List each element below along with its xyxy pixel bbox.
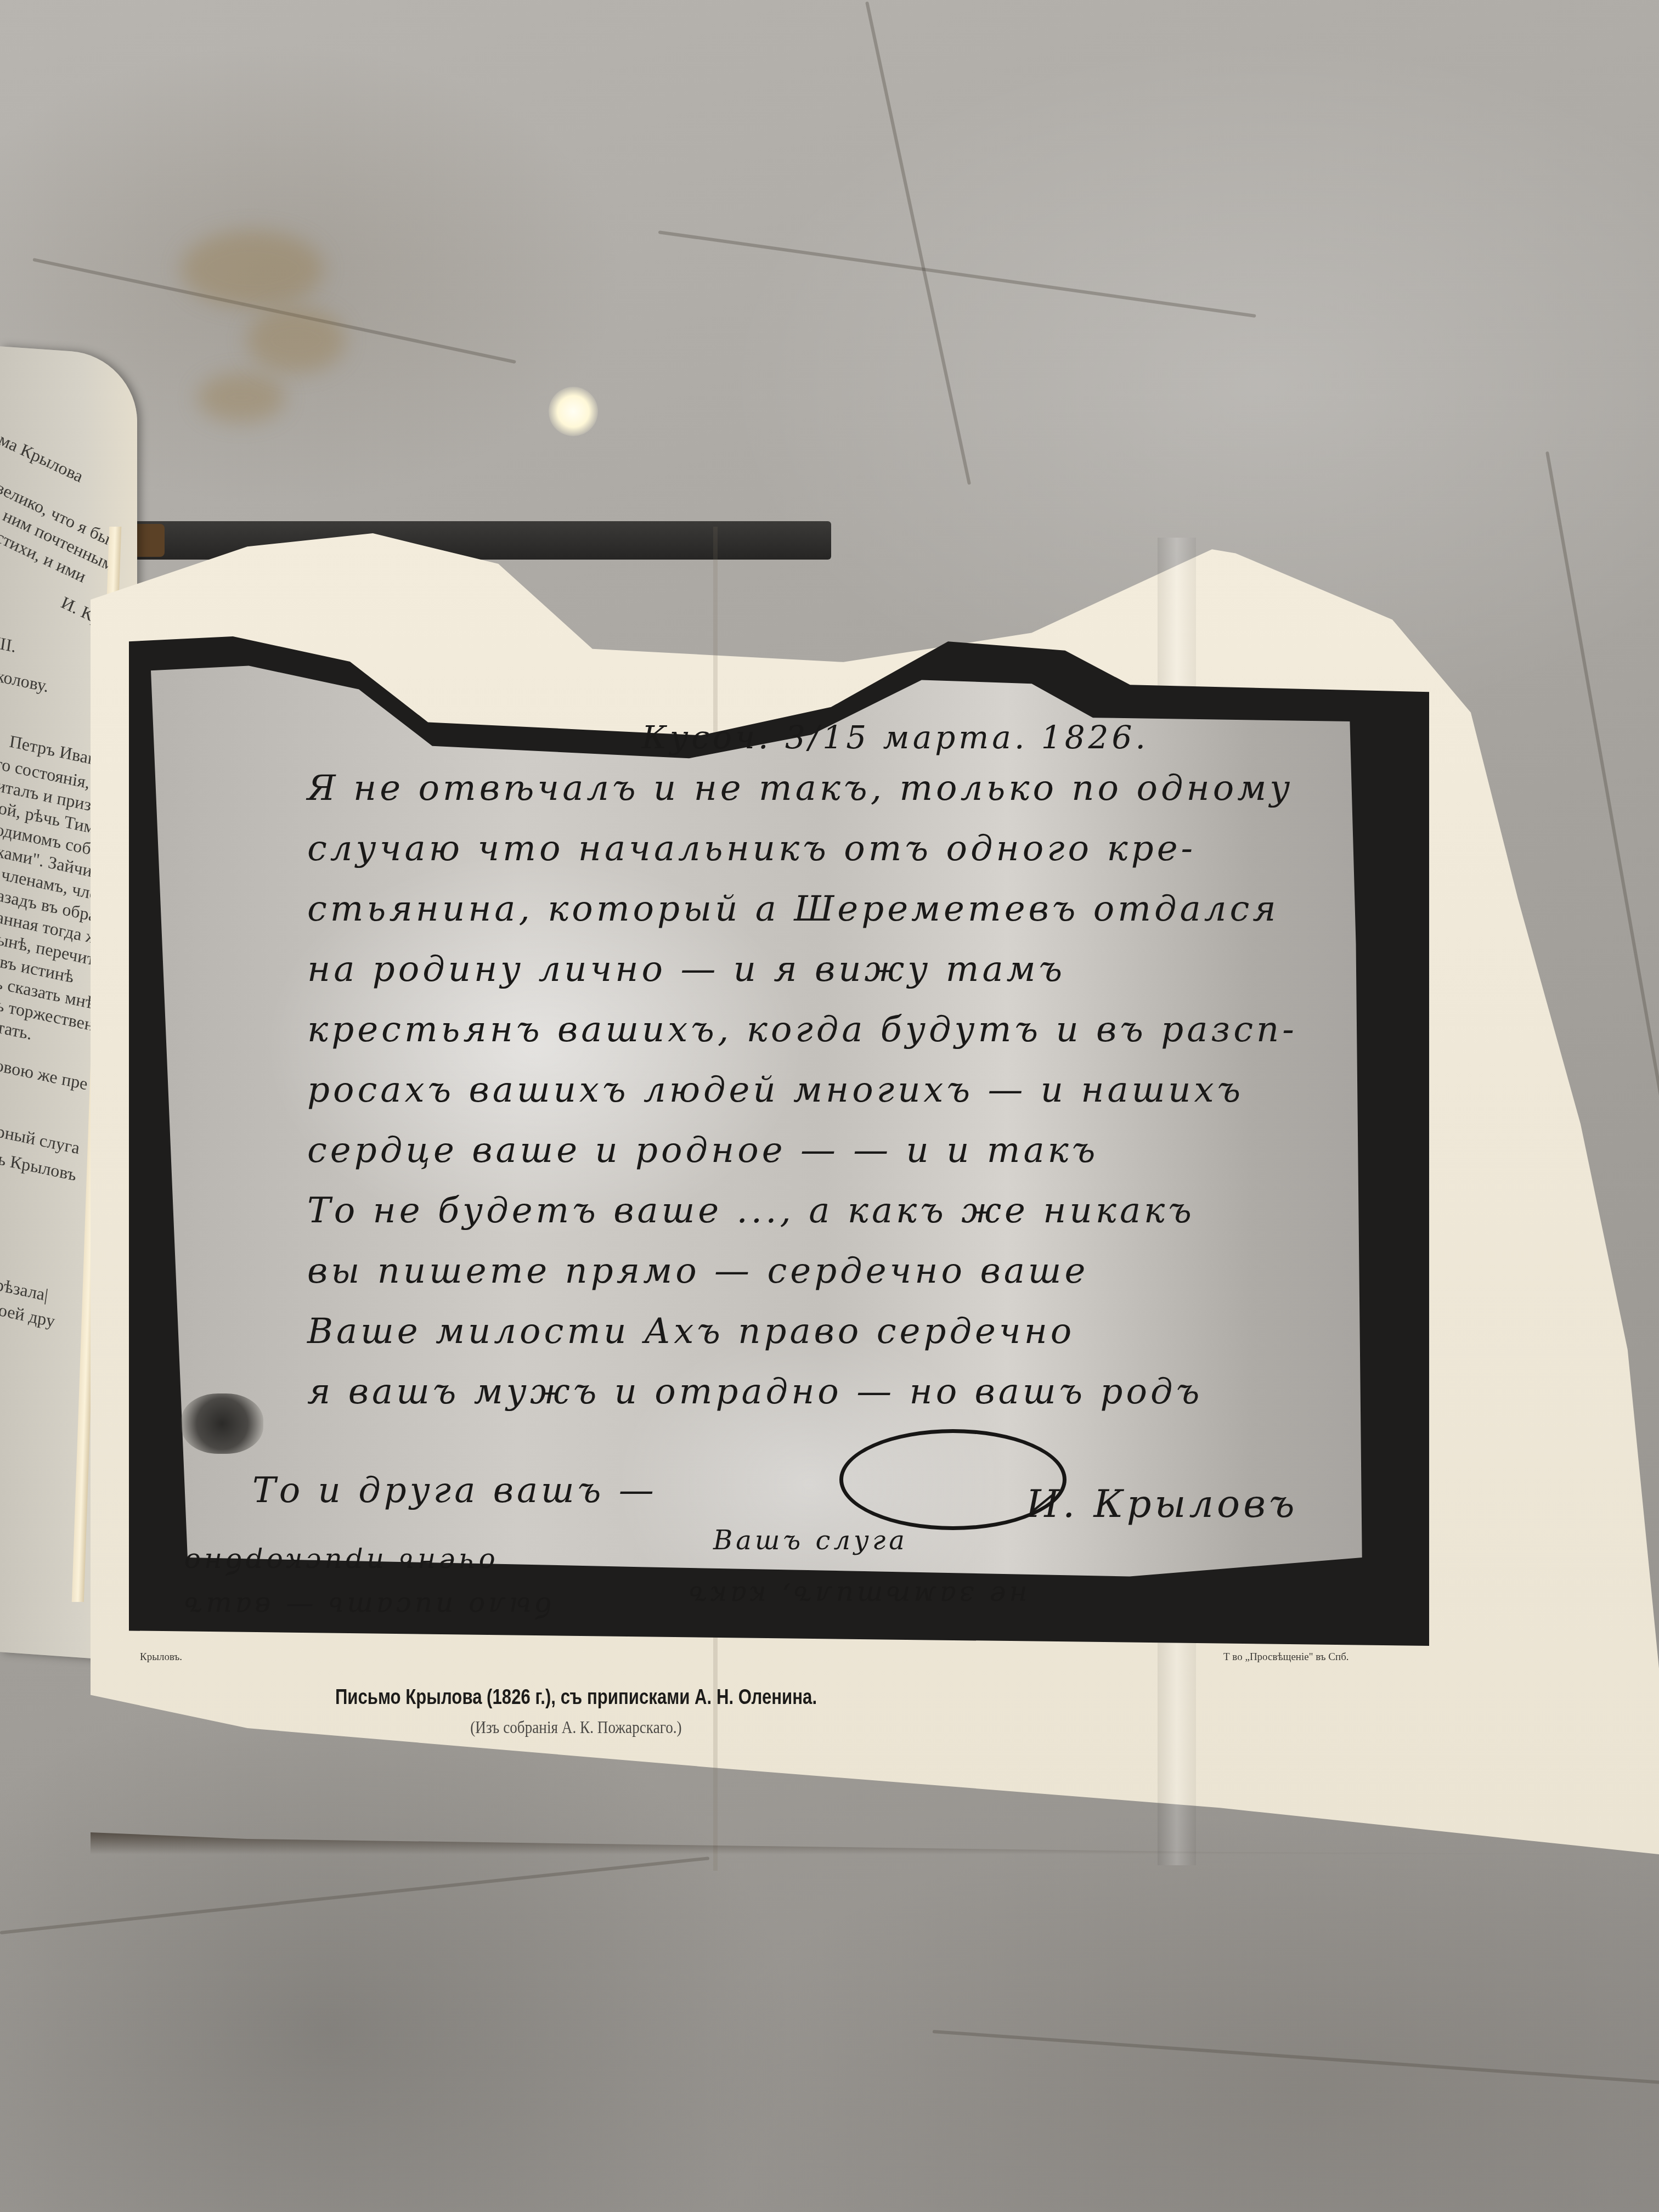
letter-date-line: Кусоч. 3/15 марта. 1826. xyxy=(642,719,1149,756)
left-page-line: ковою же пре xyxy=(0,1053,89,1094)
letter-line: Я не отвѣчалъ и не такъ, только по одном… xyxy=(307,768,1293,809)
left-page-line: околову. xyxy=(0,664,50,697)
left-page-line: у. xyxy=(0,1245,1,1268)
left-page-line: VII. xyxy=(0,631,18,657)
marble-stain xyxy=(247,307,346,373)
left-page-line: сьма Крылова xyxy=(0,422,86,487)
letter-signature: И. Крыловъ xyxy=(1026,1481,1298,1526)
plate-caption-title: Письмо Крылова (1826 г.), съ приписками … xyxy=(104,1686,1048,1709)
plate-label-krylov: Крыловъ. xyxy=(140,1651,182,1663)
letter-line: я вашъ мужъ и отрадно — но вашъ родъ xyxy=(307,1372,1203,1412)
letter-seal-oval xyxy=(839,1429,1066,1530)
letter-line: Ваше милости Ахъ право сердечно xyxy=(307,1311,1075,1352)
letter-line: Вашъ слуга xyxy=(713,1525,908,1556)
letter-postscript-upside-down: не замѣтилъ, какъ xyxy=(686,1580,1027,1612)
light-reflection xyxy=(549,387,598,436)
letter-line: крестьянъ вашихъ, когда будутъ и въ разс… xyxy=(307,1009,1297,1050)
marble-stain xyxy=(198,373,285,422)
letter-line: на родину лично — и я вижу тамъ xyxy=(307,949,1065,990)
letter-line: случаю что начальникъ отъ одного кре- xyxy=(307,828,1196,869)
letter-line: вы пишете прямо — сердечно ваше xyxy=(307,1251,1088,1291)
letter-line: То не будетъ ваше ..., а какъ же никакъ xyxy=(307,1190,1195,1231)
plate-printer-imprint: Т во „Просвѣщеніе" въ Спб. xyxy=(1223,1651,1349,1663)
letter-postscript-upside-down: было писать — вашъ xyxy=(181,1591,551,1623)
left-page-line: моей дру xyxy=(0,1297,57,1331)
letter-line: сердце ваше и родное — — и и такъ xyxy=(307,1130,1098,1171)
letter-line: То и друга вашъ — xyxy=(252,1470,657,1511)
left-page-line: арѣзала| xyxy=(0,1273,49,1305)
marble-stain xyxy=(181,230,324,307)
letter-line: росахъ вашихъ людей многихъ — и нашихъ xyxy=(307,1070,1244,1110)
plate-caption-subtitle: (Изъ собранія А. К. Пожарскаго.) xyxy=(87,1717,1066,1737)
ink-blot xyxy=(181,1393,263,1454)
letter-postscript-upside-down: очень прискорбно xyxy=(181,1547,495,1579)
letter-line: стьянина, который а Шереметевъ отдался xyxy=(307,889,1279,929)
